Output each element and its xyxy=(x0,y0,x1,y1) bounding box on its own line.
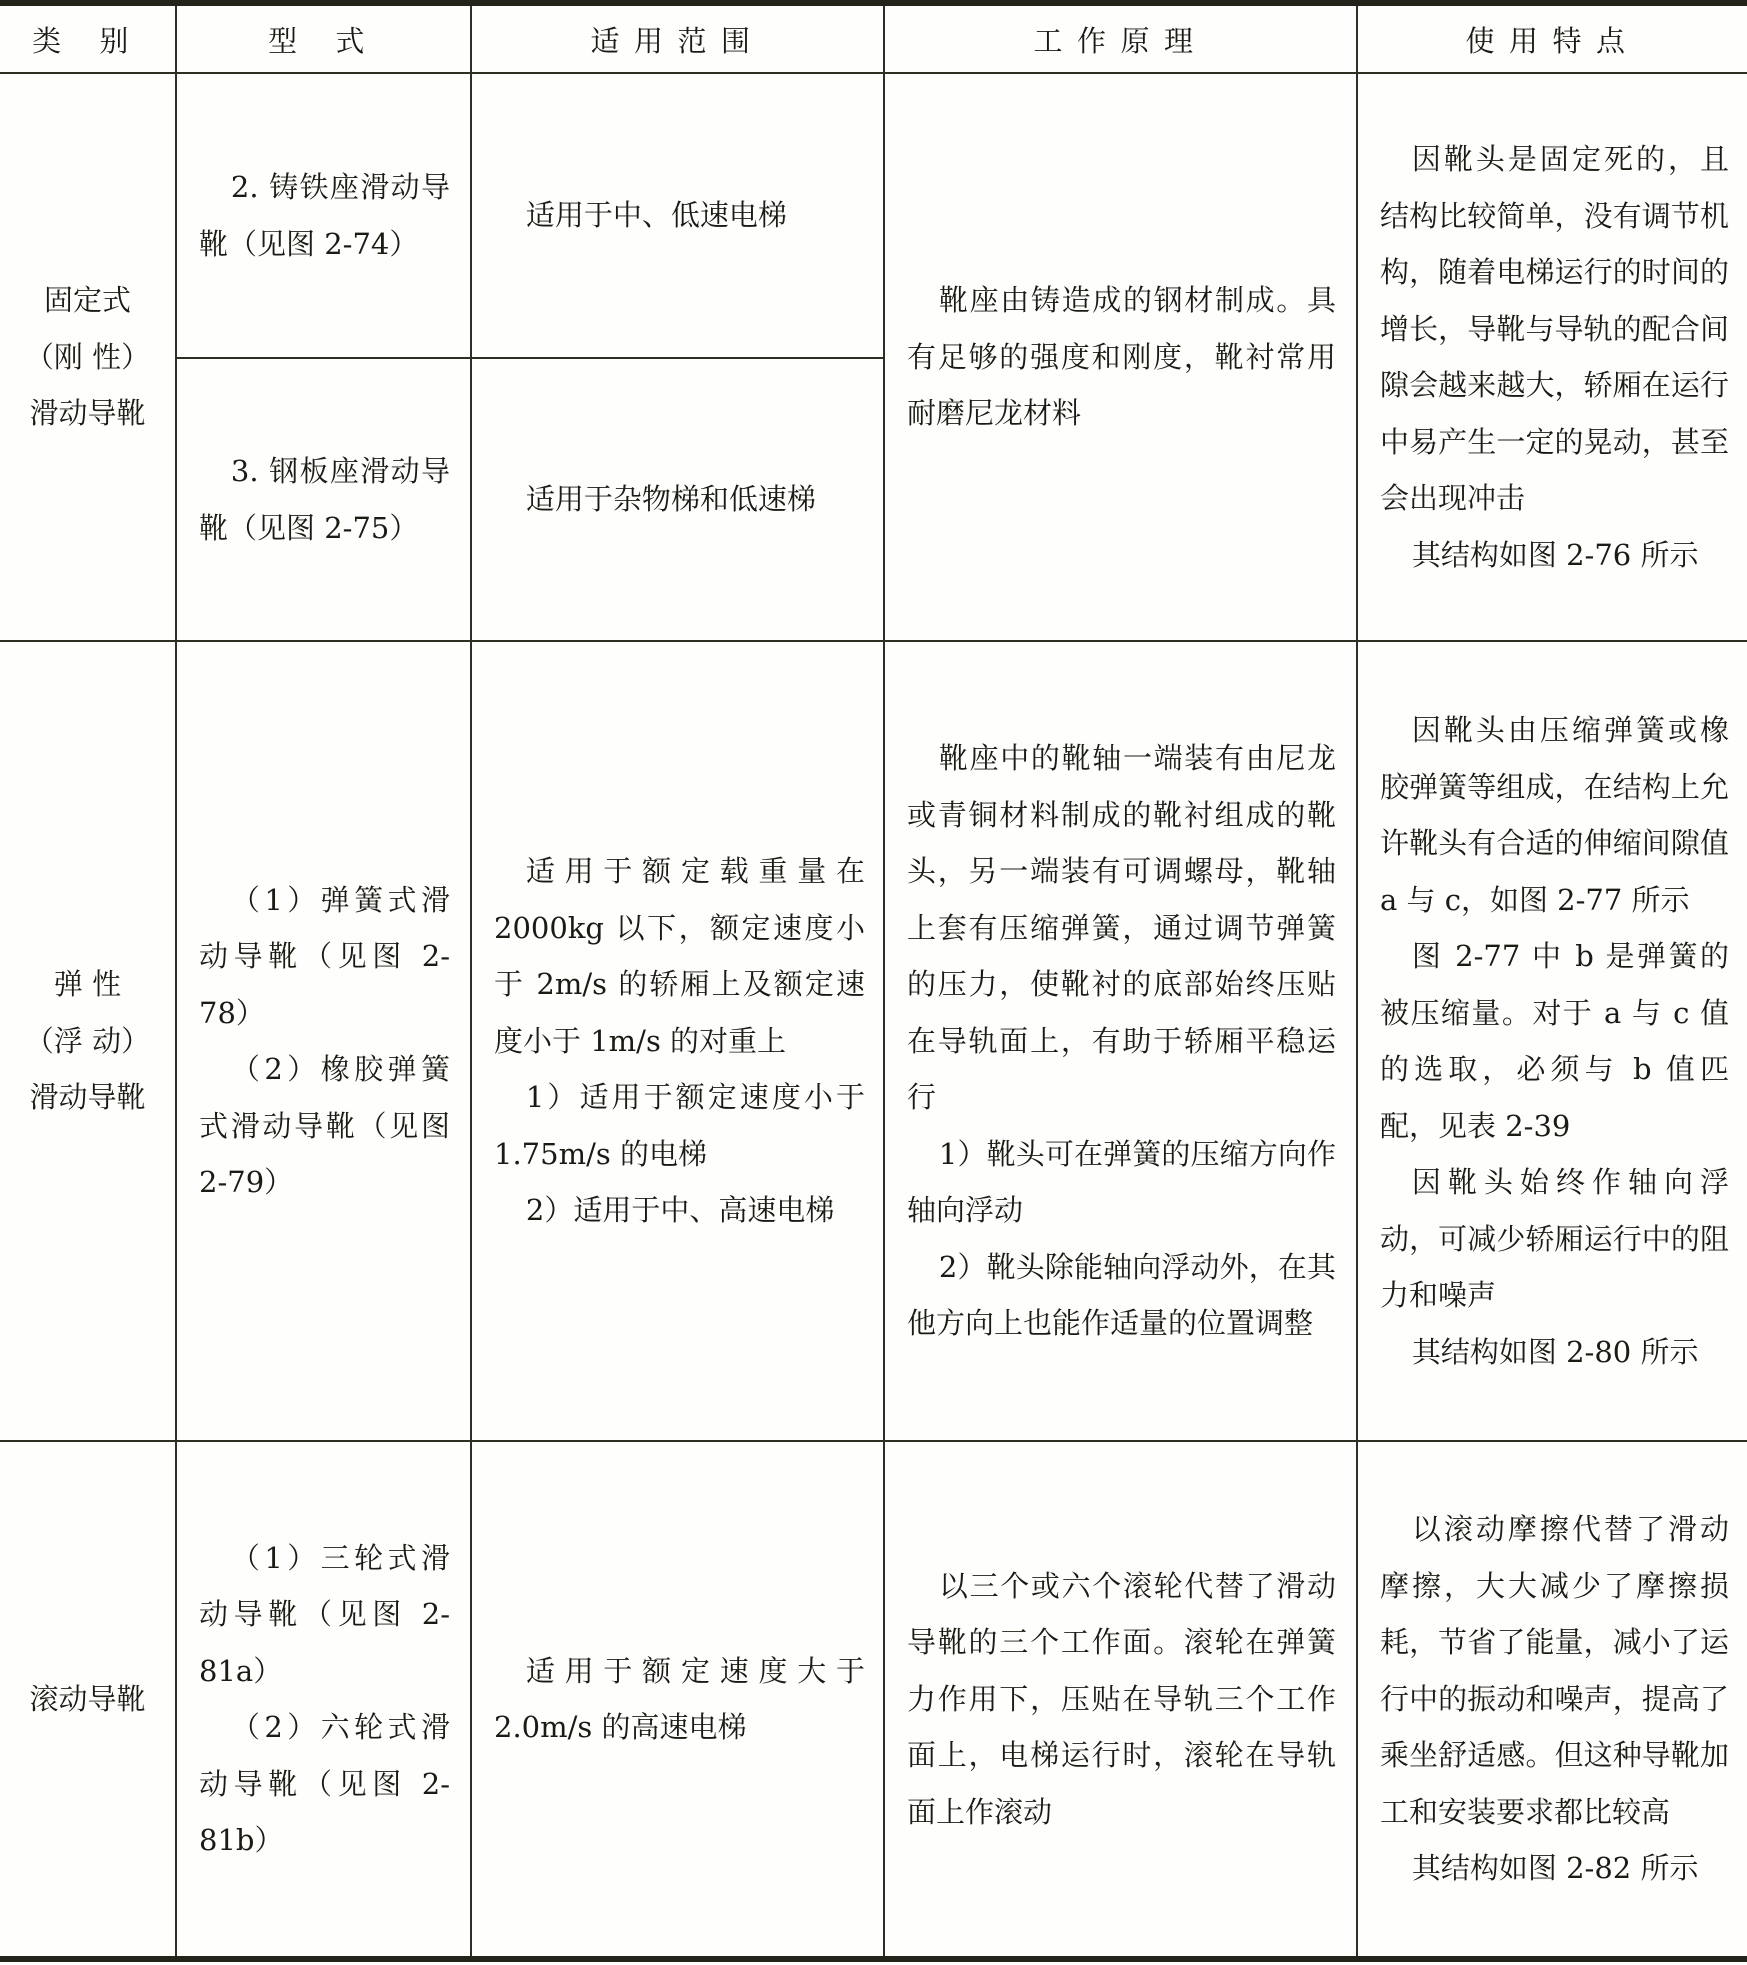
scope-text: 适用于中、低速电梯 xyxy=(494,187,865,244)
features-text: 其结构如图 2-82 所示 xyxy=(1380,1840,1729,1897)
scope-cell: 适用于额定载重量在 2000kg 以下，额定速度小于 2m/s 的轿厢上及额定速… xyxy=(471,641,884,1441)
category-line: 滑动导靴 xyxy=(8,1069,167,1126)
category-cell: 弹 性 （浮 动） 滑动导靴 xyxy=(0,641,176,1441)
header-row: 类 别 型 式 适用范围 工作原理 使用特点 xyxy=(0,3,1747,73)
features-text: 因靴头是固定死的，且结构比较简单，没有调节机构，随着电梯运行的时间的增长，导靴与… xyxy=(1380,131,1729,527)
scope-text: 2）适用于中、高速电梯 xyxy=(494,1182,865,1239)
scope-cell: 适用于额定速度大于 2.0m/s 的高速电梯 xyxy=(471,1441,884,1959)
features-text: 其结构如图 2-76 所示 xyxy=(1380,527,1729,584)
type-text: （1）弹簧式滑动导靴（见图 2-78） xyxy=(199,872,450,1042)
principle-cell: 以三个或六个滚轮代替了滑动导靴的三个工作面。滚轮在弹簧力作用下，压贴在导轨三个工… xyxy=(884,1441,1357,1959)
header-features: 使用特点 xyxy=(1357,3,1747,73)
type-text: 2. 铸铁座滑动导靴（见图 2-74） xyxy=(199,159,450,272)
scope-text: 1）适用于额定速度小于 1.75m/s 的电梯 xyxy=(494,1069,865,1182)
guide-shoe-table: 类 别 型 式 适用范围 工作原理 使用特点 固定式 （刚 性） 滑动导靴 2.… xyxy=(0,0,1747,1962)
header-type: 型 式 xyxy=(176,3,471,73)
features-text: 图 2-77 中 b 是弹簧的被压缩量。对于 a 与 c 值的选取，必须与 b … xyxy=(1380,928,1729,1154)
principle-cell: 靴座中的靴轴一端装有由尼龙或青铜材料制成的靴衬组成的靴头，另一端装有可调螺母，靴… xyxy=(884,641,1357,1441)
principle-cell: 靴座由铸造成的钢材制成。具有足够的强度和刚度，靴衬常用耐磨尼龙材料 xyxy=(884,73,1357,641)
type-cell: （1）弹簧式滑动导靴（见图 2-78） （2）橡胶弹簧式滑动导靴（见图 2-79… xyxy=(176,641,471,1441)
type-cell: 2. 铸铁座滑动导靴（见图 2-74） xyxy=(176,73,471,358)
principle-text: 1）靴头可在弹簧的压缩方向作轴向浮动 xyxy=(907,1126,1336,1239)
type-text: （2）橡胶弹簧式滑动导靴（见图 2-79） xyxy=(199,1041,450,1211)
scope-text: 适用于额定速度大于 2.0m/s 的高速电梯 xyxy=(494,1643,865,1756)
category-cell: 固定式 （刚 性） 滑动导靴 xyxy=(0,73,176,641)
table-row: 固定式 （刚 性） 滑动导靴 2. 铸铁座滑动导靴（见图 2-74） 适用于中、… xyxy=(0,73,1747,358)
scope-cell: 适用于杂物梯和低速梯 xyxy=(471,358,884,641)
type-cell: 3. 钢板座滑动导靴（见图 2-75） xyxy=(176,358,471,641)
header-scope: 适用范围 xyxy=(471,3,884,73)
features-cell: 因靴头由压缩弹簧或橡胶弹簧等组成，在结构上允许靴头有合适的伸缩间隙值 a 与 c… xyxy=(1357,641,1747,1441)
category-line: 弹 性 xyxy=(8,956,167,1013)
scope-text: 适用于杂物梯和低速梯 xyxy=(494,471,865,528)
scope-text: 适用于额定载重量在 2000kg 以下，额定速度小于 2m/s 的轿厢上及额定速… xyxy=(494,843,865,1069)
type-text: 3. 钢板座滑动导靴（见图 2-75） xyxy=(199,443,450,556)
category-cell: 滚动导靴 xyxy=(0,1441,176,1959)
features-cell: 以滚动摩擦代替了滑动摩擦，大大减少了摩擦损耗，节省了能量，减小了运行中的振动和噪… xyxy=(1357,1441,1747,1959)
header-principle: 工作原理 xyxy=(884,3,1357,73)
type-cell: （1）三轮式滑动导靴（见图 2-81a） （2）六轮式滑动导靴（见图 2-81b… xyxy=(176,1441,471,1959)
category-line: （浮 动） xyxy=(8,1013,167,1070)
features-text: 因靴头始终作轴向浮动，可减少轿厢运行中的阻力和噪声 xyxy=(1380,1154,1729,1324)
category-line: 固定式 xyxy=(8,272,167,329)
features-cell: 因靴头是固定死的，且结构比较简单，没有调节机构，随着电梯运行的时间的增长，导靴与… xyxy=(1357,73,1747,641)
category-line: （刚 性） xyxy=(8,329,167,386)
scope-cell: 适用于中、低速电梯 xyxy=(471,73,884,358)
features-text: 因靴头由压缩弹簧或橡胶弹簧等组成，在结构上允许靴头有合适的伸缩间隙值 a 与 c… xyxy=(1380,702,1729,928)
table-row: 滚动导靴 （1）三轮式滑动导靴（见图 2-81a） （2）六轮式滑动导靴（见图 … xyxy=(0,1441,1747,1959)
header-category: 类 别 xyxy=(0,3,176,73)
principle-text: 以三个或六个滚轮代替了滑动导靴的三个工作面。滚轮在弹簧力作用下，压贴在导轨三个工… xyxy=(907,1558,1336,1841)
table-row: 弹 性 （浮 动） 滑动导靴 （1）弹簧式滑动导靴（见图 2-78） （2）橡胶… xyxy=(0,641,1747,1441)
features-text: 以滚动摩擦代替了滑动摩擦，大大减少了摩擦损耗，节省了能量，减小了运行中的振动和噪… xyxy=(1380,1501,1729,1840)
features-text: 其结构如图 2-80 所示 xyxy=(1380,1324,1729,1381)
principle-text: 靴座中的靴轴一端装有由尼龙或青铜材料制成的靴衬组成的靴头，另一端装有可调螺母，靴… xyxy=(907,730,1336,1126)
category-line: 滚动导靴 xyxy=(8,1671,167,1728)
category-line: 滑动导靴 xyxy=(8,385,167,442)
type-text: （1）三轮式滑动导靴（见图 2-81a） xyxy=(199,1530,450,1700)
type-text: （2）六轮式滑动导靴（见图 2-81b） xyxy=(199,1699,450,1869)
principle-text: 2）靴头除能轴向浮动外，在其他方向上也能作适量的位置调整 xyxy=(907,1239,1336,1352)
principle-text: 靴座由铸造成的钢材制成。具有足够的强度和刚度，靴衬常用耐磨尼龙材料 xyxy=(907,272,1336,442)
